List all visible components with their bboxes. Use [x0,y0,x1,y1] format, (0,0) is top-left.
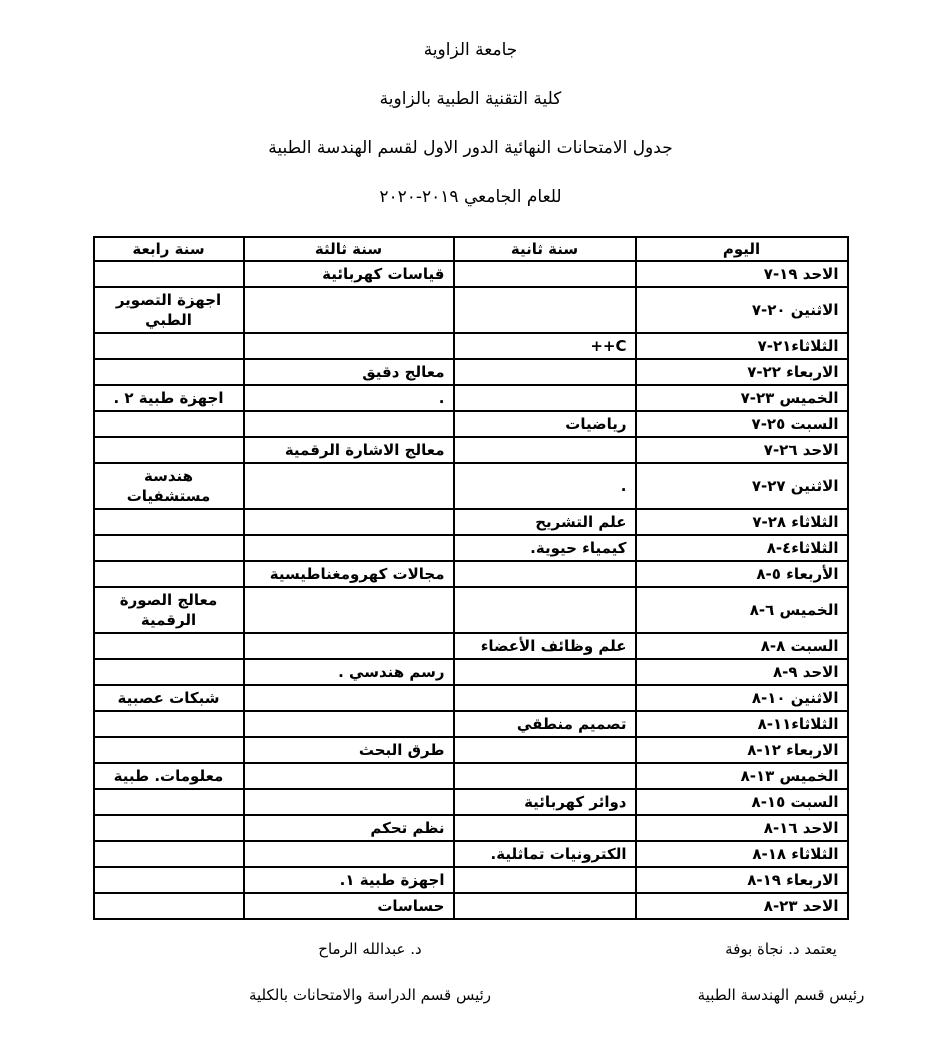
subject-cell-year3: معالج الاشارة الرقمية [244,437,454,463]
subject-cell-year2 [454,815,636,841]
subject-cell-year4 [94,535,244,561]
subject-cell-year4: اجهزة طبية ٢ . [94,385,244,411]
subject-cell-year4 [94,841,244,867]
table-row: الاربعاء ٢٢-٧معالج دقيق [94,359,848,385]
university-name: جامعة الزاوية [0,40,941,60]
day-cell: الخميس ٦-٨ [636,587,848,633]
subject-cell-year2 [454,659,636,685]
table-row: الاثنين ٢٠-٧اجهزة التصوير الطبي [94,287,848,333]
table-row: الاحد ٩-٨رسم هندسي . [94,659,848,685]
subject-cell-year3 [244,535,454,561]
day-cell: الاثنين ٢٠-٧ [636,287,848,333]
subject-cell-year2: تصميم منطقي [454,711,636,737]
subject-cell-year2: . [454,463,636,509]
table-row: الاحد ١٦-٨نظم تحكم [94,815,848,841]
subject-cell-year2 [454,359,636,385]
subject-cell-year3: اجهزة طبية ١. [244,867,454,893]
day-cell: الاربعاء ٢٢-٧ [636,359,848,385]
subject-cell-year4 [94,659,244,685]
table-row: الاربعاء ١٢-٨طرق البحث [94,737,848,763]
subject-cell-year2: كيمياء حيوية. [454,535,636,561]
subject-cell-year3 [244,509,454,535]
subject-cell-year4: معلومات. طبية [94,763,244,789]
day-cell: الثلاثاء٢١-٧ [636,333,848,359]
table-row: الثلاثاء٢١-٧C++ [94,333,848,359]
subject-cell-year4 [94,789,244,815]
table-row: الاحد ٢٦-٧معالج الاشارة الرقمية [94,437,848,463]
table-row: الثلاثاء ٢٨-٧علم التشريح [94,509,848,535]
subject-cell-year3 [244,841,454,867]
subject-cell-year3 [244,333,454,359]
day-cell: الثلاثاء ٢٨-٧ [636,509,848,535]
signature-exams-head: د. عبدالله الرماح رئيس قسم الدراسة والام… [210,938,530,1030]
day-cell: الأربعاء ٥-٨ [636,561,848,587]
day-cell: الاثنين ١٠-٨ [636,685,848,711]
table-row: الاحد ٢٣-٨حساسات [94,893,848,919]
table-row: الاربعاء ١٩-٨اجهزة طبية ١. [94,867,848,893]
subject-cell-year4 [94,437,244,463]
day-cell: الخميس ١٣-٨ [636,763,848,789]
day-cell: الاحد ١٦-٨ [636,815,848,841]
signature-right-name: يعتمد د. نجاة بوفة [691,938,871,960]
subject-cell-year2 [454,737,636,763]
column-header-day: اليوم [636,237,848,261]
document-header: جامعة الزاوية كلية التقنية الطبية بالزاو… [0,0,941,207]
subject-cell-year2 [454,685,636,711]
subject-cell-year4 [94,893,244,919]
subject-cell-year2: رياضيات [454,411,636,437]
column-header-year2: سنة ثانية [454,237,636,261]
signatures-section: يعتمد د. نجاة بوفة رئيس قسم الهندسة الطب… [0,938,941,1045]
subject-cell-year4: اجهزة التصوير الطبي [94,287,244,333]
subject-cell-year3 [244,411,454,437]
day-cell: الثلاثاء١١-٨ [636,711,848,737]
subject-cell-year3: طرق البحث [244,737,454,763]
subject-cell-year4 [94,737,244,763]
signature-right-title: رئيس قسم الهندسة الطبية [691,984,871,1006]
subject-cell-year2 [454,287,636,333]
day-cell: الثلاثاء٤-٨ [636,535,848,561]
subject-cell-year2: علم التشريح [454,509,636,535]
table-row: الخميس ١٣-٨معلومات. طبية [94,763,848,789]
subject-cell-year4 [94,261,244,287]
table-row: السبت ٢٥-٧رياضيات [94,411,848,437]
day-cell: السبت ٨-٨ [636,633,848,659]
exam-table-body: الاحد ١٩-٧قياسات كهربائيةالاثنين ٢٠-٧اجه… [94,261,848,919]
table-row: الخميس ٢٣-٧.اجهزة طبية ٢ . [94,385,848,411]
subject-cell-year2 [454,893,636,919]
subject-cell-year3 [244,711,454,737]
subject-cell-year4 [94,333,244,359]
subject-cell-year3 [244,463,454,509]
subject-cell-year2: C++ [454,333,636,359]
signature-left-title: رئيس قسم الدراسة والامتحانات بالكلية [210,984,530,1006]
table-row: الثلاثاء٤-٨كيمياء حيوية. [94,535,848,561]
subject-cell-year2 [454,561,636,587]
subject-cell-year2 [454,437,636,463]
subject-cell-year2 [454,261,636,287]
subject-cell-year3 [244,633,454,659]
subject-cell-year3: قياسات كهربائية [244,261,454,287]
subject-cell-year4: شبكات عصبية [94,685,244,711]
day-cell: الاحد ٢٣-٨ [636,893,848,919]
day-cell: الاحد ١٩-٧ [636,261,848,287]
subject-cell-year4 [94,509,244,535]
day-cell: الاربعاء ١٩-٨ [636,867,848,893]
column-header-year4: سنة رابعة [94,237,244,261]
subject-cell-year3: رسم هندسي . [244,659,454,685]
subject-cell-year3: نظم تحكم [244,815,454,841]
subject-cell-year3 [244,287,454,333]
subject-cell-year4 [94,359,244,385]
subject-cell-year3 [244,587,454,633]
subject-cell-year2: الكترونيات تماثلية. [454,841,636,867]
subject-cell-year4: معالج الصورة الرقمية [94,587,244,633]
signature-left-name: د. عبدالله الرماح [210,938,530,960]
table-row: السبت ١٥-٨دوائر كهربائية [94,789,848,815]
day-cell: الاربعاء ١٢-٨ [636,737,848,763]
subject-cell-year3 [244,763,454,789]
subject-cell-year4 [94,561,244,587]
subject-cell-year3 [244,685,454,711]
subject-cell-year2: علم وظائف الأعضاء [454,633,636,659]
table-row: الثلاثاء ١٨-٨الكترونيات تماثلية. [94,841,848,867]
subject-cell-year2 [454,587,636,633]
exam-schedule-table: اليوم سنة ثانية سنة ثالثة سنة رابعة الاح… [93,236,849,920]
subject-cell-year4 [94,711,244,737]
subject-cell-year2 [454,763,636,789]
subject-cell-year2 [454,867,636,893]
academic-year: للعام الجامعي ٢٠١٩-٢٠٢٠ [0,187,941,207]
table-row: الثلاثاء١١-٨تصميم منطقي [94,711,848,737]
table-row: الأربعاء ٥-٨مجالات كهرومغناطيسية [94,561,848,587]
document-page: جامعة الزاوية كلية التقنية الطبية بالزاو… [0,0,941,1045]
signature-department-head: يعتمد د. نجاة بوفة رئيس قسم الهندسة الطب… [691,938,871,1030]
subject-cell-year3: مجالات كهرومغناطيسية [244,561,454,587]
subject-cell-year4 [94,815,244,841]
table-header-row: اليوم سنة ثانية سنة ثالثة سنة رابعة [94,237,848,261]
subject-cell-year2 [454,385,636,411]
day-cell: الخميس ٢٣-٧ [636,385,848,411]
table-row: الاثنين ١٠-٨شبكات عصبية [94,685,848,711]
college-name: كلية التقنية الطبية بالزاوية [0,89,941,109]
subject-cell-year4: هندسة مستشفيات [94,463,244,509]
subject-cell-year3: . [244,385,454,411]
day-cell: الاثنين ٢٧-٧ [636,463,848,509]
day-cell: الاحد ٩-٨ [636,659,848,685]
day-cell: الاحد ٢٦-٧ [636,437,848,463]
column-header-year3: سنة ثالثة [244,237,454,261]
table-row: السبت ٨-٨علم وظائف الأعضاء [94,633,848,659]
day-cell: الثلاثاء ١٨-٨ [636,841,848,867]
day-cell: السبت ١٥-٨ [636,789,848,815]
subject-cell-year2: دوائر كهربائية [454,789,636,815]
day-cell: السبت ٢٥-٧ [636,411,848,437]
table-row: الاحد ١٩-٧قياسات كهربائية [94,261,848,287]
table-row: الخميس ٦-٨معالج الصورة الرقمية [94,587,848,633]
subject-cell-year3: معالج دقيق [244,359,454,385]
subject-cell-year4 [94,867,244,893]
subject-cell-year4 [94,633,244,659]
table-row: الاثنين ٢٧-٧.هندسة مستشفيات [94,463,848,509]
subject-cell-year3 [244,789,454,815]
subject-cell-year3: حساسات [244,893,454,919]
document-title: جدول الامتحانات النهائية الدور الاول لقس… [0,138,941,158]
subject-cell-year4 [94,411,244,437]
